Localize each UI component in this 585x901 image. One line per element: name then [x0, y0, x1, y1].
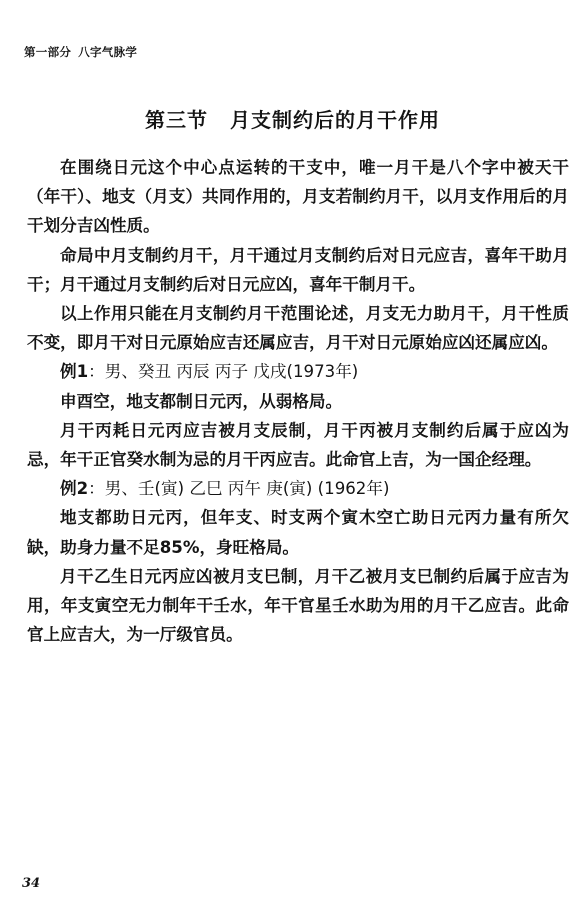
book-title: 八字气脉学 [78, 45, 137, 59]
example2-label: 例2 [60, 479, 88, 498]
running-header: 第一部分八字气脉学 [24, 44, 137, 60]
example2-note: 地支都助日元丙，但年支、时支两个寅木空亡助日元丙力量有所欠缺，助身力量不足85%… [27, 503, 569, 561]
example2-chart: 例2：男、壬(寅) 乙巳 丙午 庚(寅) (1962年) [27, 474, 569, 503]
body-text: 在围绕日元这个中心点运转的干支中，唯一月干是八个字中被天干（年干）、地支（月支）… [27, 153, 569, 649]
section-number: 第三节 [145, 108, 208, 132]
example1-pillars: ：男、癸丑 丙辰 丙子 戊戌(1973年) [88, 362, 358, 381]
paragraph-rule: 命局中月支制约月干，月干通过月支制约后对日元应吉，喜年干助月干；月干通过月支制约… [27, 241, 569, 299]
part-label: 第一部分 [24, 45, 71, 59]
example1-chart: 例1：男、癸丑 丙辰 丙子 戊戌(1973年) [27, 357, 569, 386]
example2-analysis: 月干乙生日元丙应凶被月支巳制，月干乙被月支巳制约后属于应吉为用，年支寅空无力制年… [27, 562, 569, 650]
example2-pillars: ：男、壬(寅) 乙巳 丙午 庚(寅) (1962年) [88, 479, 389, 498]
paragraph-scope: 以上作用只能在月支制约月干范围论述，月支无力助月干，月干性质不变，即月干对日元原… [27, 299, 569, 357]
example1-note: 申酉空，地支都制日元丙，从弱格局。 [27, 387, 569, 416]
page-number: 34 [22, 876, 40, 891]
section-title: 第三节月支制约后的月干作用 [0, 104, 585, 133]
example1-label: 例1 [60, 362, 88, 381]
example1-analysis: 月干丙耗日元丙应吉被月支辰制，月干丙被月支制约后属于应凶为忌，年干正官癸水制为忌… [27, 416, 569, 474]
section-heading: 月支制约后的月干作用 [230, 108, 440, 132]
paragraph-intro: 在围绕日元这个中心点运转的干支中，唯一月干是八个字中被天干（年干）、地支（月支）… [27, 153, 569, 241]
